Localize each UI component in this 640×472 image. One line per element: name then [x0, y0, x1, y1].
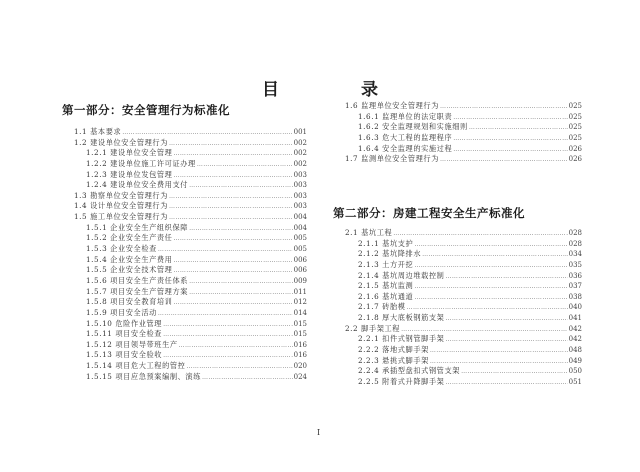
- dot-leader: [461, 367, 568, 378]
- toc-entry-label: 1.4 设计单位安全管理行为: [74, 201, 168, 212]
- toc-entry-page: 051: [569, 377, 582, 388]
- dot-leader: [453, 113, 567, 124]
- toc-entry[interactable]: 1.5.7 项目安全生产管理方案011: [62, 287, 307, 298]
- toc-entry-label: 1.6.1 监理单位的法定职责: [358, 112, 452, 123]
- toc-entry-label: 1.5.11 项目安全检查: [86, 329, 162, 340]
- toc-entry-page: 042: [569, 324, 582, 335]
- toc-entry-page: 002: [294, 138, 307, 149]
- toc-entry-label: 2.2 脚手架工程: [345, 324, 400, 335]
- toc-entry-page: 034: [569, 249, 582, 260]
- dot-leader: [173, 171, 292, 182]
- toc-entry-page: 009: [294, 276, 307, 287]
- toc-entry-page: 004: [294, 212, 307, 223]
- toc-entry[interactable]: 1.4 设计单位安全管理行为003: [62, 201, 307, 212]
- dot-leader: [414, 293, 567, 304]
- toc-entry-page: 042: [569, 334, 582, 345]
- toc-entry-label: 1.5.14 项目危大工程的管控: [86, 361, 185, 372]
- toc-entry[interactable]: 1.5.12 项目领导带班生产016: [62, 340, 307, 351]
- toc-entry-label: 1.7 监测单位安全管理行为: [345, 154, 439, 165]
- toc-entry-page: 025: [569, 122, 582, 133]
- toc-entry-label: 1.5.9 项目安全活动: [86, 308, 157, 319]
- toc-entry-page: 025: [569, 133, 582, 144]
- toc-entry-label: 2.2.5 附着式升降脚手架: [358, 377, 444, 388]
- toc-entry-label: 1.5.10 危险作业管理: [86, 319, 162, 330]
- page-title: 目 录: [0, 75, 640, 100]
- dot-leader: [453, 145, 567, 156]
- toc-entry[interactable]: 2.1.8 厚大底板钢筋支架041: [333, 313, 582, 324]
- toc-entry-label: 2.1.3 土方开挖: [358, 260, 413, 271]
- dot-leader: [189, 277, 293, 288]
- toc-entry-label: 1.5.6 项目安全生产责任体系: [86, 276, 188, 287]
- toc-entry[interactable]: 2.1.6 基坑通道038: [333, 292, 582, 303]
- toc-entry-label: 1.5.3 企业安全检查: [86, 244, 157, 255]
- toc-entry-page: 004: [294, 223, 307, 234]
- toc-entry-label: 1.2.3 建设单位发包管理: [86, 170, 172, 181]
- toc-entry[interactable]: 1.5.10 危险作业管理015: [62, 319, 307, 330]
- toc-entry-page: 002: [294, 159, 307, 170]
- part-heading-1: 第一部分：安全管理行为标准化: [62, 102, 230, 118]
- dot-leader: [158, 245, 293, 256]
- dot-leader: [445, 314, 567, 325]
- toc-entry[interactable]: 1.6.2 安全监理规划和实施细则025: [333, 122, 582, 133]
- toc-entry[interactable]: 1.6 监理单位安全管理行为025: [333, 101, 582, 112]
- toc-entry-label: 2.1.7 砖胎模: [358, 302, 406, 313]
- toc-entry-page: 048: [569, 345, 582, 356]
- toc-list-part-2: 2.1 基坑工程0282.1.1 基坑支护0282.1.2 基坑降排水0342.…: [333, 228, 582, 388]
- toc-entry[interactable]: 2.2.5 附着式升降脚手架051: [333, 377, 582, 388]
- toc-entry-page: 003: [294, 191, 307, 202]
- toc-entry[interactable]: 1.2.3 建设单位发包管理003: [62, 170, 307, 181]
- toc-entry-label: 1.5 施工单位安全管理行为: [74, 212, 168, 223]
- toc-entry-label: 1.6 监理单位安全管理行为: [345, 101, 439, 112]
- toc-entry-label: 1.5.8 项目安全教育培训: [86, 297, 172, 308]
- toc-entry[interactable]: 1.6.1 监理单位的法定职责025: [333, 112, 582, 123]
- toc-entry-page: 005: [294, 244, 307, 255]
- toc-entry-label: 1.5.12 项目领导带班生产: [86, 340, 178, 351]
- dot-leader: [186, 362, 292, 373]
- toc-entry[interactable]: 1.5.8 项目安全教育培训012: [62, 297, 307, 308]
- toc-entry[interactable]: 1.6.4 安全监理的实施过程026: [333, 144, 582, 155]
- toc-entry[interactable]: 2.1 基坑工程028: [333, 228, 582, 239]
- toc-entry[interactable]: 2.2.2 落地式脚手架048: [333, 345, 582, 356]
- dot-leader: [189, 181, 293, 192]
- part-heading-2: 第二部分：房建工程安全生产标准化: [333, 205, 525, 221]
- toc-entry[interactable]: 2.1.7 砖胎模040: [333, 302, 582, 313]
- dot-leader: [414, 282, 567, 293]
- toc-entry-page: 041: [569, 313, 582, 324]
- toc-entry[interactable]: 2.2 脚手架工程042: [333, 324, 582, 335]
- toc-entry-label: 1.2.4 建设单位安全费用支付: [86, 180, 188, 191]
- toc-entry-page: 040: [569, 302, 582, 313]
- toc-entry-label: 1.5.15 项目应急预案编制、演练: [86, 372, 201, 383]
- toc-entry-label: 2.1.1 基坑支护: [358, 239, 413, 250]
- toc-entry-page: 011: [294, 287, 307, 298]
- toc-entry-label: 1.2.2 建设单位施工许可证办理: [86, 159, 196, 170]
- toc-entry-page: 015: [294, 319, 307, 330]
- toc-entry[interactable]: 1.2.4 建设单位安全费用支付003: [62, 180, 307, 191]
- toc-entry-label: 1.6.3 危大工程的监理程序: [358, 133, 452, 144]
- toc-entry-page: 050: [569, 366, 582, 377]
- dot-leader: [169, 192, 293, 203]
- toc-entry-label: 2.1.6 基坑通道: [358, 292, 413, 303]
- toc-entry-page: 020: [294, 361, 307, 372]
- toc-entry-page: 003: [294, 170, 307, 181]
- toc-entry[interactable]: 1.7 监测单位安全管理行为026: [333, 154, 582, 165]
- toc-entry-page: 025: [569, 101, 582, 112]
- toc-entry[interactable]: 1.5.11 项目安全检查015: [62, 329, 307, 340]
- dot-leader: [189, 224, 293, 235]
- toc-entry-label: 1.3 勘察单位安全管理行为: [74, 191, 168, 202]
- dot-leader: [189, 288, 293, 299]
- toc-entry-page: 001: [294, 127, 307, 138]
- toc-entry-page: 038: [569, 292, 582, 303]
- toc-entry-page: 025: [569, 112, 582, 123]
- dot-leader: [169, 139, 293, 150]
- toc-entry-label: 1.5.7 项目安全生产管理方案: [86, 287, 188, 298]
- toc-entry-page: 024: [294, 372, 307, 383]
- toc-list-part-1: 1.1 基本要求0011.2 建设单位安全管理行为0021.2.1 建设单位安全…: [62, 127, 307, 382]
- toc-entry-label: 1.5.2 企业安全生产责任: [86, 233, 172, 244]
- dot-leader: [173, 298, 292, 309]
- toc-entry-label: 1.2 建设单位安全管理行为: [74, 138, 168, 149]
- toc-entry-label: 2.2.1 扣件式钢管脚手架: [358, 334, 444, 345]
- dot-leader: [393, 229, 567, 240]
- toc-entry-label: 1.2.1 建设单位安全管理: [86, 148, 172, 159]
- dot-leader: [202, 373, 293, 384]
- toc-entry[interactable]: 1.5.3 企业安全检查005: [62, 244, 307, 255]
- toc-entry-page: 002: [294, 148, 307, 159]
- toc-entry[interactable]: 2.1.1 基坑支护028: [333, 239, 582, 250]
- toc-entry[interactable]: 1.5.6 项目安全生产责任体系009: [62, 276, 307, 287]
- toc-entry-label: 1.1 基本要求: [74, 127, 121, 138]
- page-number: I: [317, 428, 320, 437]
- toc-entry-page: 028: [569, 228, 582, 239]
- toc-entry-label: 1.5.5 企业安全技术管理: [86, 265, 172, 276]
- dot-leader: [469, 123, 568, 134]
- toc-entry-page: 015: [294, 329, 307, 340]
- toc-entry[interactable]: 1.1 基本要求001: [62, 127, 307, 138]
- toc-entry[interactable]: 1.2.1 建设单位安全管理002: [62, 148, 307, 159]
- dot-leader: [440, 155, 568, 166]
- toc-list-part-1-continued: 1.6 监理单位安全管理行为0251.6.1 监理单位的法定职责0251.6.2…: [333, 101, 582, 165]
- toc-entry-label: 2.2.2 落地式脚手架: [358, 345, 429, 356]
- toc-entry[interactable]: 1.5.2 企业安全生产责任005: [62, 233, 307, 244]
- toc-entry-label: 1.6.2 安全监理规划和实施细则: [358, 122, 468, 133]
- dot-leader: [173, 256, 292, 267]
- toc-entry-page: 016: [294, 350, 307, 361]
- dot-leader: [163, 320, 293, 331]
- toc-entry[interactable]: 2.1.3 土方开挖035: [333, 260, 582, 271]
- toc-entry[interactable]: 2.2.3 悬挑式脚手架049: [333, 356, 582, 367]
- toc-entry[interactable]: 1.2.2 建设单位施工许可证办理002: [62, 159, 307, 170]
- toc-entry-page: 003: [294, 180, 307, 191]
- toc-entry-label: 2.1.8 厚大底板钢筋支架: [358, 313, 444, 324]
- dot-leader: [197, 160, 293, 171]
- toc-entry-page: 003: [294, 201, 307, 212]
- dot-leader: [445, 335, 567, 346]
- toc-entry[interactable]: 1.5 施工单位安全管理行为004: [62, 212, 307, 223]
- dot-leader: [422, 250, 568, 261]
- toc-entry-page: 012: [294, 297, 307, 308]
- toc-entry-label: 1.6.4 安全监理的实施过程: [358, 144, 452, 155]
- dot-leader: [445, 378, 567, 389]
- toc-entry[interactable]: 1.6.3 危大工程的监理程序025: [333, 133, 582, 144]
- dot-leader: [453, 134, 567, 145]
- toc-entry[interactable]: 1.5.1 企业安全生产组织保障004: [62, 223, 307, 234]
- toc-entry[interactable]: 1.5.14 项目危大工程的管控020: [62, 361, 307, 372]
- toc-entry-label: 1.5.1 企业安全生产组织保障: [86, 223, 188, 234]
- toc-entry-page: 014: [294, 308, 307, 319]
- toc-entry-label: 1.5.4 企业安全生产费用: [86, 255, 172, 266]
- toc-entry[interactable]: 1.2 建设单位安全管理行为002: [62, 138, 307, 149]
- toc-entry[interactable]: 2.1.2 基坑降排水034: [333, 249, 582, 260]
- dot-leader: [414, 240, 567, 251]
- dot-leader: [445, 272, 567, 283]
- toc-entry-label: 2.2.3 悬挑式脚手架: [358, 356, 429, 367]
- toc-entry-label: 2.2.4 承插型盘扣式钢管支架: [358, 366, 460, 377]
- toc-entry-page: 035: [569, 260, 582, 271]
- toc-entry[interactable]: 1.5.5 企业安全技术管理006: [62, 265, 307, 276]
- dot-leader: [169, 202, 293, 213]
- toc-entry[interactable]: 2.2.4 承插型盘扣式钢管支架050: [333, 366, 582, 377]
- toc-entry-label: 2.1 基坑工程: [345, 228, 392, 239]
- toc-entry[interactable]: 2.1.5 基坑监测037: [333, 281, 582, 292]
- toc-entry-page: 049: [569, 356, 582, 367]
- dot-leader: [158, 309, 293, 320]
- toc-entry-page: 006: [294, 255, 307, 266]
- dot-leader: [440, 102, 568, 113]
- dot-leader: [430, 346, 568, 357]
- toc-entry[interactable]: 2.2.1 扣件式钢管脚手架042: [333, 334, 582, 345]
- toc-entry-label: 2.1.5 基坑监测: [358, 281, 413, 292]
- toc-entry-label: 2.1.4 基坑周边堆载控制: [358, 271, 444, 282]
- toc-entry[interactable]: 1.5.4 企业安全生产费用006: [62, 255, 307, 266]
- toc-entry-page: 026: [569, 144, 582, 155]
- toc-entry-page: 005: [294, 233, 307, 244]
- toc-entry-page: 016: [294, 340, 307, 351]
- toc-entry-label: 2.1.2 基坑降排水: [358, 249, 421, 260]
- dot-leader: [163, 330, 293, 341]
- toc-entry-page: 036: [569, 271, 582, 282]
- dot-leader: [179, 341, 293, 352]
- toc-entry[interactable]: 1.5.15 项目应急预案编制、演练024: [62, 372, 307, 383]
- toc-entry[interactable]: 1.5.9 项目安全活动014: [62, 308, 307, 319]
- toc-entry-page: 037: [569, 281, 582, 292]
- dot-leader: [173, 266, 292, 277]
- toc-entry[interactable]: 2.1.4 基坑周边堆载控制036: [333, 271, 582, 282]
- toc-entry-page: 028: [569, 239, 582, 250]
- toc-entry-label: 1.5.13 项目安全验收: [86, 350, 162, 361]
- toc-entry[interactable]: 1.3 勘察单位安全管理行为003: [62, 191, 307, 202]
- toc-entry-page: 006: [294, 265, 307, 276]
- toc-entry[interactable]: 1.5.13 项目安全验收016: [62, 350, 307, 361]
- dot-leader: [173, 234, 292, 245]
- toc-entry-page: 026: [569, 154, 582, 165]
